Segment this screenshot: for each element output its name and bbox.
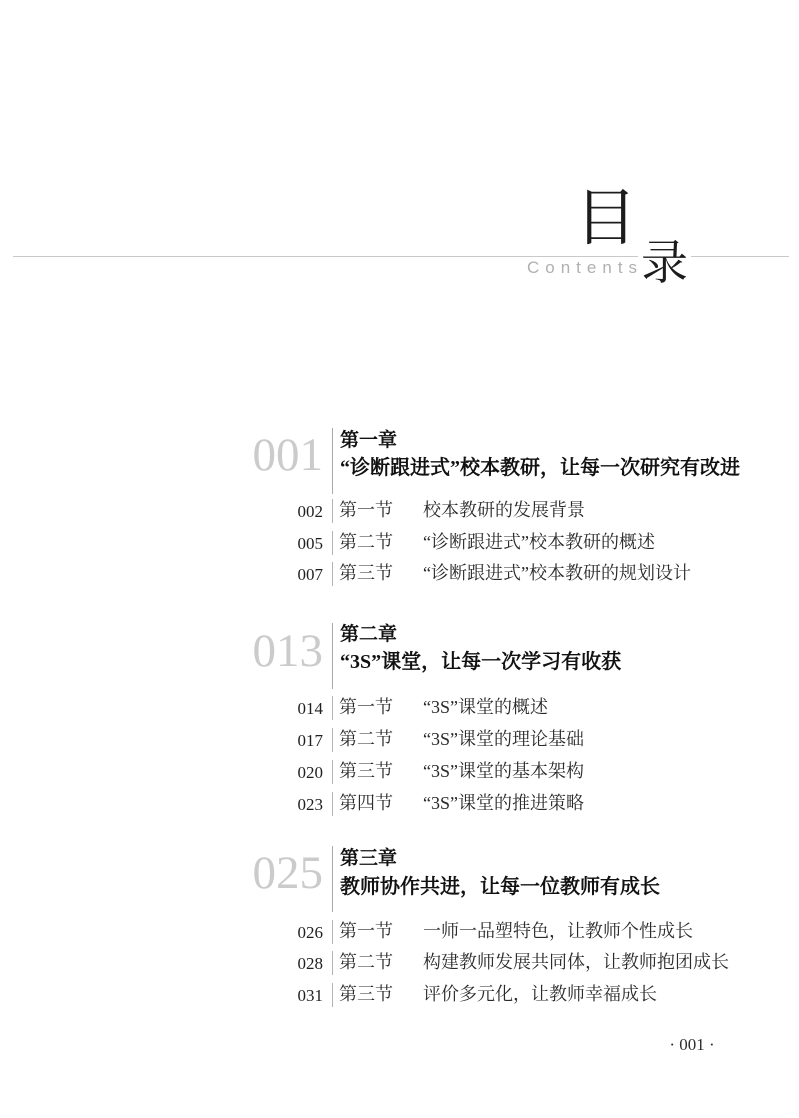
chapter-divider — [332, 846, 333, 912]
section-divider — [332, 696, 333, 720]
section-label: 第三节 — [339, 761, 393, 781]
section-divider — [332, 792, 333, 816]
section-label: 第二节 — [339, 532, 393, 552]
section-page-number: 005 — [228, 535, 323, 552]
section-title: 一师一品塑特色，让教师个性成长 — [423, 921, 693, 941]
chapter-title: “诊断跟进式”校本教研，让每一次研究有改进 — [340, 457, 740, 479]
section-title: 评价多元化，让教师幸福成长 — [423, 984, 657, 1004]
footer-page-number: · 001 · — [642, 1035, 742, 1055]
section-row: 第一节一师一品塑特色，让教师个性成长 — [339, 922, 693, 942]
section-row: 第二节构建教师发展共同体，让教师抱团成长 — [339, 953, 729, 973]
section-label: 第二节 — [339, 952, 393, 972]
chapter-label: 第一章 — [340, 431, 397, 450]
chapter-divider — [332, 623, 333, 689]
section-label: 第二节 — [339, 729, 393, 749]
chapter-label: 第二章 — [340, 625, 397, 644]
section-divider — [332, 951, 333, 975]
chapter-page-number: 001 — [228, 432, 323, 479]
section-divider — [332, 499, 333, 523]
section-divider — [332, 983, 333, 1007]
section-label: 第一节 — [339, 697, 393, 717]
section-divider — [332, 562, 333, 586]
section-page-number: 026 — [228, 924, 323, 941]
section-title: “3S”课堂的理论基础 — [423, 729, 584, 749]
chapter-title: “3S”课堂，让每一次学习有收获 — [340, 651, 621, 673]
chapter-label: 第三章 — [340, 849, 397, 868]
section-label: 第三节 — [339, 563, 393, 583]
section-label: 第三节 — [339, 984, 393, 1004]
chapter-page-number: 013 — [228, 628, 323, 675]
section-title: “诊断跟进式”校本教研的规划设计 — [423, 563, 691, 583]
page-title-cn-main: 目 — [575, 188, 637, 250]
section-title: 构建教师发展共同体，让教师抱团成长 — [423, 952, 729, 972]
section-label: 第一节 — [339, 500, 393, 520]
section-page-number: 007 — [228, 566, 323, 583]
section-title: “3S”课堂的推进策略 — [423, 793, 584, 813]
page-title-cn-sub: 录 — [638, 241, 691, 288]
section-row: 第三节“3S”课堂的基本架构 — [339, 762, 584, 782]
section-page-number: 017 — [228, 732, 323, 749]
section-divider — [332, 760, 333, 784]
section-row: 第三节评价多元化，让教师幸福成长 — [339, 985, 657, 1005]
section-row: 第一节校本教研的发展背景 — [339, 501, 585, 521]
section-row: 第四节“3S”课堂的推进策略 — [339, 794, 584, 814]
section-page-number: 014 — [228, 700, 323, 717]
section-title: “3S”课堂的概述 — [423, 697, 548, 717]
section-divider — [332, 728, 333, 752]
section-row: 第一节“3S”课堂的概述 — [339, 698, 548, 718]
section-divider — [332, 531, 333, 555]
section-row: 第三节“诊断跟进式”校本教研的规划设计 — [339, 564, 691, 584]
toc-page: 目 录 Contents 001 第一章 “诊断跟进式”校本教研，让每一次研究有… — [0, 0, 799, 1118]
section-divider — [332, 920, 333, 944]
chapter-title: 教师协作共进，让每一位教师有成长 — [340, 876, 660, 898]
section-page-number: 031 — [228, 987, 323, 1004]
section-page-number: 002 — [228, 503, 323, 520]
contents-subtitle: Contents — [527, 258, 643, 278]
section-label: 第四节 — [339, 793, 393, 813]
section-title: “3S”课堂的基本架构 — [423, 761, 584, 781]
section-title: “诊断跟进式”校本教研的概述 — [423, 532, 655, 552]
chapter-divider — [332, 428, 333, 494]
section-page-number: 023 — [228, 796, 323, 813]
section-page-number: 028 — [228, 955, 323, 972]
section-label: 第一节 — [339, 921, 393, 941]
section-page-number: 020 — [228, 764, 323, 781]
section-row: 第二节“诊断跟进式”校本教研的概述 — [339, 533, 655, 553]
section-title: 校本教研的发展背景 — [423, 500, 585, 520]
chapter-page-number: 025 — [228, 850, 323, 897]
section-row: 第二节“3S”课堂的理论基础 — [339, 730, 584, 750]
